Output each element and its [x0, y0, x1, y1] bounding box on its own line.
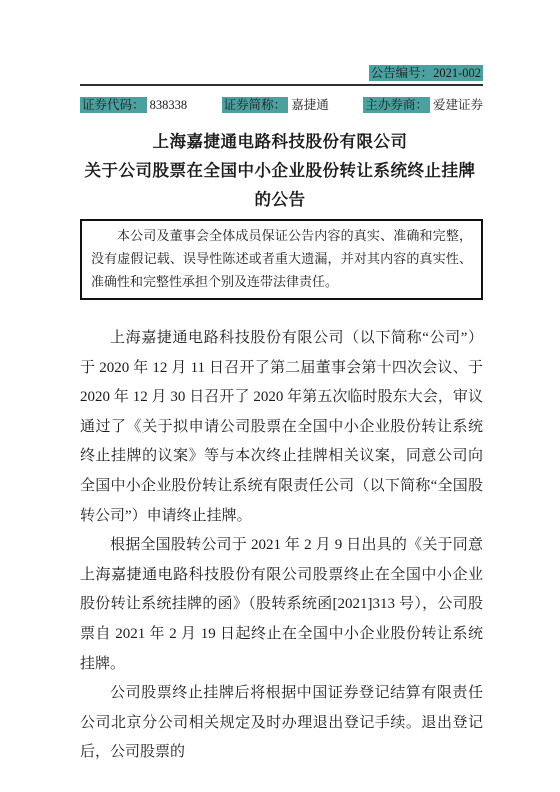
stock-name-label: 证券简称：	[222, 97, 289, 113]
disclaimer-box: 本公司及董事会全体成员保证公告内容的真实、准确和完整，没有虚假记载、误导性陈述或…	[80, 219, 483, 300]
document-body: 上海嘉捷通电路科技股份有限公司（以下简称“公司”）于 2020 年 12 月 1…	[80, 324, 483, 768]
document-title: 上海嘉捷通电路科技股份有限公司 关于公司股票在全国中小企业股份转让系统终止挂牌 …	[0, 127, 560, 214]
stock-code-item: 证券代码： 838338	[80, 96, 187, 114]
title-line-announcement: 的公告	[0, 185, 560, 214]
sponsor-item: 主办券商： 爱建证券	[363, 96, 483, 114]
announcement-number: 公告编号：2021-002	[369, 65, 483, 81]
sponsor-value: 爱建证券	[433, 98, 483, 112]
stock-code-value: 838338	[150, 98, 188, 112]
stock-name-item: 证券简称： 嘉捷通	[222, 96, 329, 114]
announcement-number-row: 公告编号：2021-002	[80, 65, 483, 82]
header-divider-rule	[80, 84, 483, 86]
body-paragraph: 根据全国股转公司于 2021 年 2 月 9 日出具的《关于同意上海嘉捷通电路科…	[80, 531, 483, 679]
body-paragraph: 上海嘉捷通电路科技股份有限公司（以下简称“公司”）于 2020 年 12 月 1…	[80, 324, 483, 531]
securities-meta-row: 证券代码： 838338 证券简称： 嘉捷通 主办券商： 爱建证券	[80, 96, 483, 114]
sponsor-label: 主办券商：	[363, 97, 430, 113]
title-line-company: 上海嘉捷通电路科技股份有限公司	[0, 127, 560, 156]
body-paragraph: 公司股票终止挂牌后将根据中国证券登记结算有限责任公司北京分公司相关规定及时办理退…	[80, 679, 483, 768]
stock-name-value: 嘉捷通	[291, 98, 329, 112]
document-page: 公告编号：2021-002 证券代码： 838338 证券简称： 嘉捷通 主办券…	[0, 0, 560, 792]
disclaimer-text: 本公司及董事会全体成员保证公告内容的真实、准确和完整，没有虚假记载、误导性陈述或…	[91, 224, 472, 293]
stock-code-label: 证券代码：	[80, 97, 147, 113]
title-line-subject: 关于公司股票在全国中小企业股份转让系统终止挂牌	[0, 156, 560, 185]
